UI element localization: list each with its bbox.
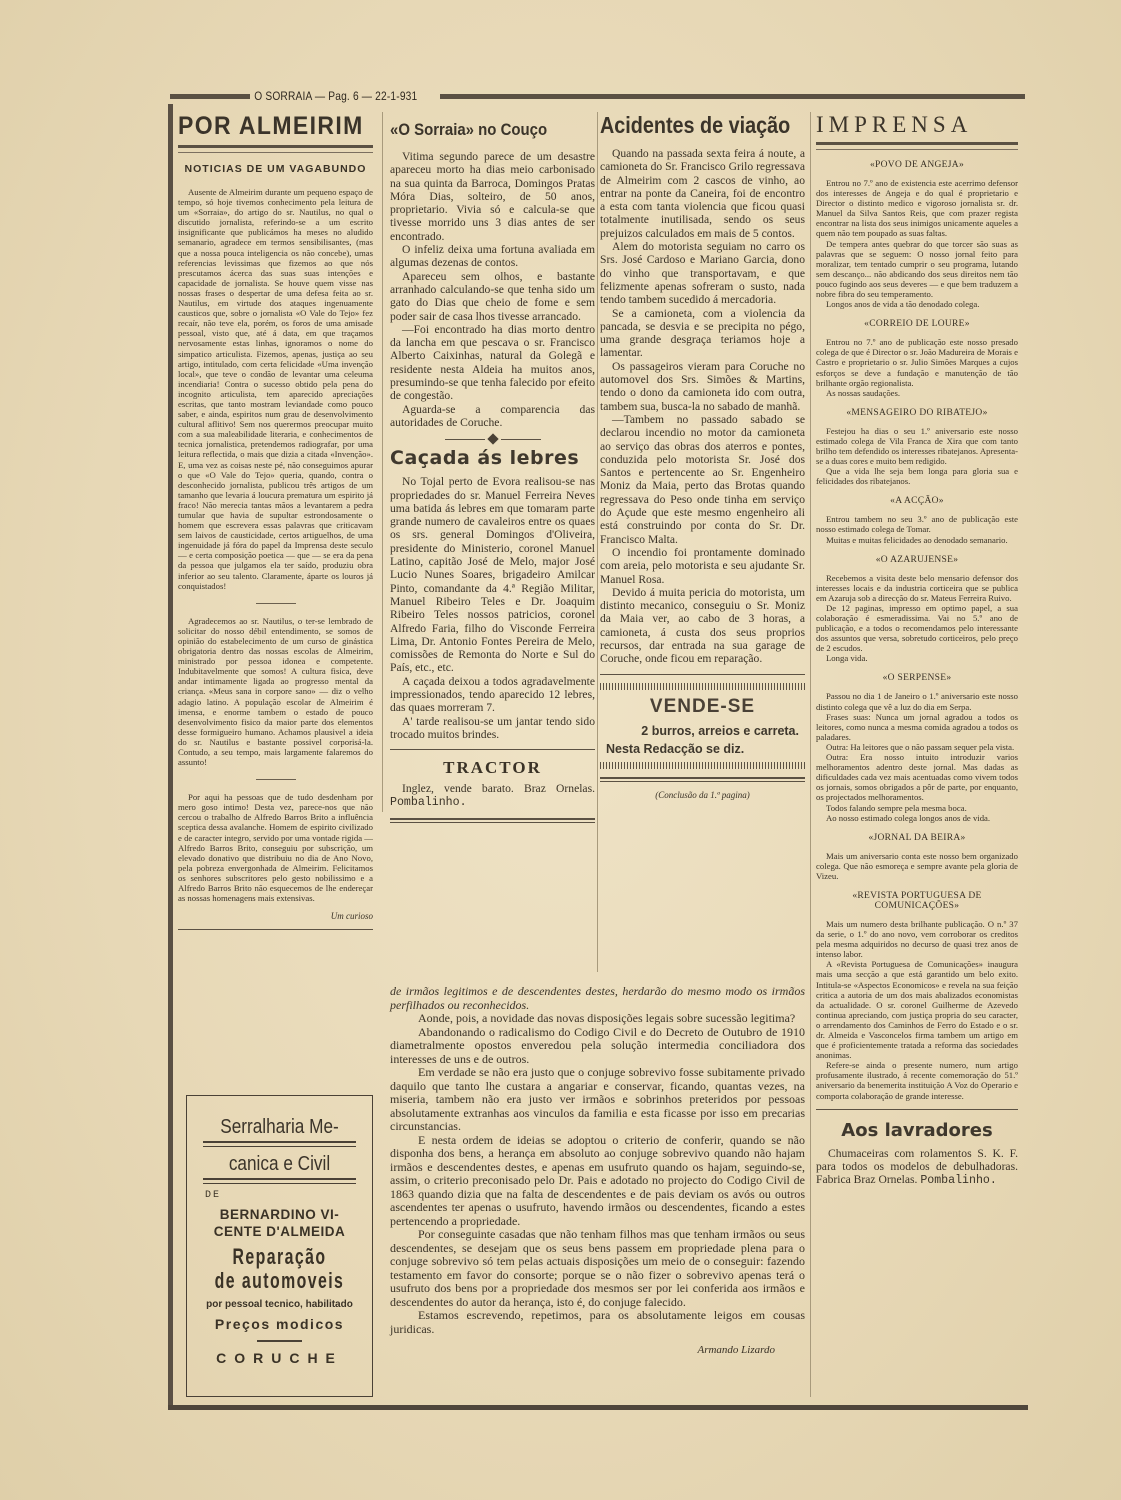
ad-vende-line: 2 burros, arreios e carreta. [606,724,799,738]
column-acidentes: Acidentes de viação Quando na passada se… [600,112,805,800]
article-paragraph: Entrou no 7.º ano de publicação este nos… [816,337,1018,387]
ad-rule [257,1340,302,1342]
ad-rule [203,1141,356,1147]
article-paragraph: Mais um aniversario conta este nosso bem… [816,851,1018,881]
article-paragraph: Outra: Era nosso intuito introduzir vari… [816,752,1018,802]
article-paragraph: Quando na passada sexta feira á noute, a… [600,147,805,240]
headline-sorraia-couco: «O Sorraia» no Couço [390,112,570,140]
article-paragraph: Por conseguinte casadas que não tenham f… [390,1228,805,1309]
article-paragraph: Em verdade se não era justo que o conjug… [390,1066,805,1134]
headline-rule [178,145,373,153]
separator [600,674,805,675]
running-header: O SORRAIA — Pag. 6 — 22-1-931 [170,88,1025,104]
column-divider [382,112,383,812]
frame-rule-left [168,104,173,1409]
ad-tractor-place: Pombalinho. [390,796,467,809]
separator [256,779,296,780]
article-paragraph: De tempera antes quebrar do que torcer s… [816,239,1018,300]
article-paragraph: Passou no dia 1 de Janeiro o 1.º anivers… [816,691,1018,711]
article-paragraph: De 12 paginas, impresso em optimo papel,… [816,603,1018,653]
publication-name: «A ACÇÃO» [816,496,1018,506]
article-paragraph: Outra: Ha leitores que o não passam sequ… [816,742,1018,752]
column-por-almeirim: POR ALMEIRIM NOTICIAS DE UM VAGABUNDO Au… [178,112,373,938]
ad-lavradores-text: Chumaceiras com rolamentos S. K. F. para… [816,1147,1018,1188]
article-paragraph: Se a camioneta, com a violencia da panca… [600,307,805,360]
ad-vende-line: Nesta Redacção se diz. [606,742,799,756]
column-sorraia-couco: «O Sorraia» no Couço Vitima segundo pare… [390,112,595,831]
article-paragraph: Festejou ha dias o seu 1.º aniversario e… [816,426,1018,466]
signature: Armando Lizardo [390,1344,775,1356]
ad-prices: Preços modicos [187,1316,372,1332]
newspaper-page: O SORRAIA — Pag. 6 — 22-1-931 POR ALMEIR… [0,0,1121,1500]
article-lead-italic: de irmãos legitimos e de descendentes de… [390,985,805,1012]
publication-name: «POVO DE ANGEJA» [816,160,1018,170]
separator [390,749,595,750]
ad-service: de automoveis [213,1269,346,1293]
article-paragraph: Alem do motorista seguiam no carro os Sr… [600,240,805,306]
article-paragraph: E nesta ordem de ideias se adoptou o cri… [390,1134,805,1229]
headline-por-almeirim: POR ALMEIRIM [178,112,357,141]
article-paragraph: A caçada deixou a todos agradavelmente i… [390,675,595,715]
article-paragraph: A' tarde realisou-se um jantar tendo sid… [390,715,595,742]
article-paragraph: Abandonando o radicalismo do Codigo Civi… [390,1026,805,1067]
conclusion-note: (Conclusão da 1.ª pagina) [600,790,805,800]
ad-tractor-body: Inglez, vende barato. Braz Ornelas. [402,782,595,795]
publication-name: «O AZARUJENSE» [816,555,1018,565]
separator [390,818,595,823]
headline-imprensa: IMPRENSA [816,112,1018,138]
article-paragraph: —Tambem no passado sabado se declarou in… [600,413,805,546]
headline-rule [816,142,1018,150]
article-paragraph: Frases suas: Nunca um jornal agradou a t… [816,712,1018,742]
separator [178,929,373,930]
hatched-border [600,683,805,690]
article-paragraph: Vitima segundo parece de um desastre apa… [390,150,595,243]
article-paragraph: Apareceu sem olhos, e bastante arranhado… [390,270,595,323]
ad-tractor-text: Inglez, vende barato. Braz Ornelas. Pomb… [390,782,595,810]
publication-name: «JORNAL DA BEIRA» [816,833,1018,843]
publication-name: «MENSAGEIRO DO RIBATEJO» [816,408,1018,418]
ad-owner-line: CENTE D'ALMEIDA [187,1223,372,1240]
article-paragraph: Aonde, pois, a novidade das novas dispos… [390,1012,805,1026]
article-conclusion: de irmãos legitimos e de descendentes de… [390,985,805,1362]
article-paragraph: Longos anos de vida a tão denodado coleg… [816,299,1018,309]
column-imprensa: IMPRENSA «POVO DE ANGEJA» Entrou no 7.º … [816,112,1018,1188]
article-paragraph: Muitas e muitas felicidades ao denodado … [816,535,1018,545]
separator [600,777,805,782]
article-paragraph: Ao nosso estimado colega longos anos de … [816,813,1018,823]
ad-town: CORUCHE [187,1350,372,1366]
ad-owner-name: BERNARDINO VI- CENTE D'ALMEIDA [187,1206,372,1240]
article-paragraph: A «Revista Portuguesa de Comunicações» i… [816,959,1018,1060]
article-paragraph: Por aqui ha pessoas que de tudo desdenha… [178,792,373,903]
ad-de: DE [205,1190,372,1201]
article-paragraph: As nossas saudações. [816,388,1018,398]
ad-lavradores-title: Aos lavradores [816,1120,1018,1141]
column-divider [597,112,598,972]
ad-vende-title: VENDE-SE [600,696,805,718]
article-paragraph: Os passageiros vieram para Coruche no au… [600,360,805,413]
publication-name: «CORREIO DE LOURE» [816,319,1018,329]
article-paragraph: O incendio foi prontamente dominado com … [600,546,805,586]
column-divider [810,112,811,1397]
ornament-divider [390,435,595,443]
article-paragraph: Estamos escrevendo, repetimos, para os a… [390,1309,805,1336]
publication-name: «O SERPENSE» [816,673,1018,683]
signature: Um curioso [178,911,373,921]
separator [256,603,296,604]
article-paragraph: Agradecemos ao sr. Nautilus, o ter-se le… [178,616,373,767]
article-paragraph: —Foi encontrado ha dias morto dentro da … [390,323,595,403]
article-paragraph: Que a vida lhe seja bem longa para glori… [816,466,1018,486]
ad-serralharia: Serralharia Me- canica e Civil DE BERNAR… [186,1095,373,1397]
ad-title-line: Serralharia Me- [200,1116,359,1139]
ad-title-line: canica e Civil [200,1153,359,1176]
article-paragraph: Todos falando sempre pela mesma boca. [816,803,1018,813]
article-paragraph: Entrou tambem no seu 3.º ano de publicaç… [816,514,1018,534]
ad-rule [203,1178,356,1184]
ad-lavradores-place: Pombalinho. [920,1174,997,1187]
article-paragraph: Longa vida. [816,653,1018,663]
publication-name: «REVISTA PORTUGUESA DE COMUNICAÇÕES» [816,891,1018,911]
header-rule [170,94,250,99]
ad-tractor-title: TRACTOR [390,758,595,778]
ad-staff: por pessoal tecnico, habilitado [187,1299,372,1310]
ad-service: Reparação [213,1245,346,1269]
running-head-text: O SORRAIA — Pag. 6 — 22-1-931 [250,89,422,103]
article-paragraph: Entrou no 7.º ano de existencia este ace… [816,178,1018,239]
subheadline: NOTICIAS DE UM VAGABUNDO [178,163,373,175]
separator [816,1109,1018,1110]
article-paragraph: No Tojal perto de Evora realisou-se nas … [390,475,595,674]
article-paragraph: Recebemos a visita deste belo mensario d… [816,573,1018,603]
header-rule [440,94,1025,99]
headline-acidentes: Acidentes de viação [600,112,776,139]
headline-cacada: Caçada ás lebres [390,447,595,469]
ad-owner-line: BERNARDINO VI- [187,1206,372,1223]
hatched-border [600,762,805,769]
article-paragraph: Mais um numero desta brilhante publicaçã… [816,919,1018,959]
article-paragraph: Refere-se ainda o presente numero, num a… [816,1060,1018,1100]
article-paragraph: O infeliz deixa uma fortuna avaliada em … [390,243,595,270]
article-paragraph: Ausente de Almeirim durante um pequeno e… [178,187,373,591]
article-paragraph: Devido á muita pericia do motorista, um … [600,586,805,666]
article-paragraph: Aguarda-se a comparencia das autoridades… [390,403,595,430]
frame-rule-bottom [168,1405,1028,1410]
